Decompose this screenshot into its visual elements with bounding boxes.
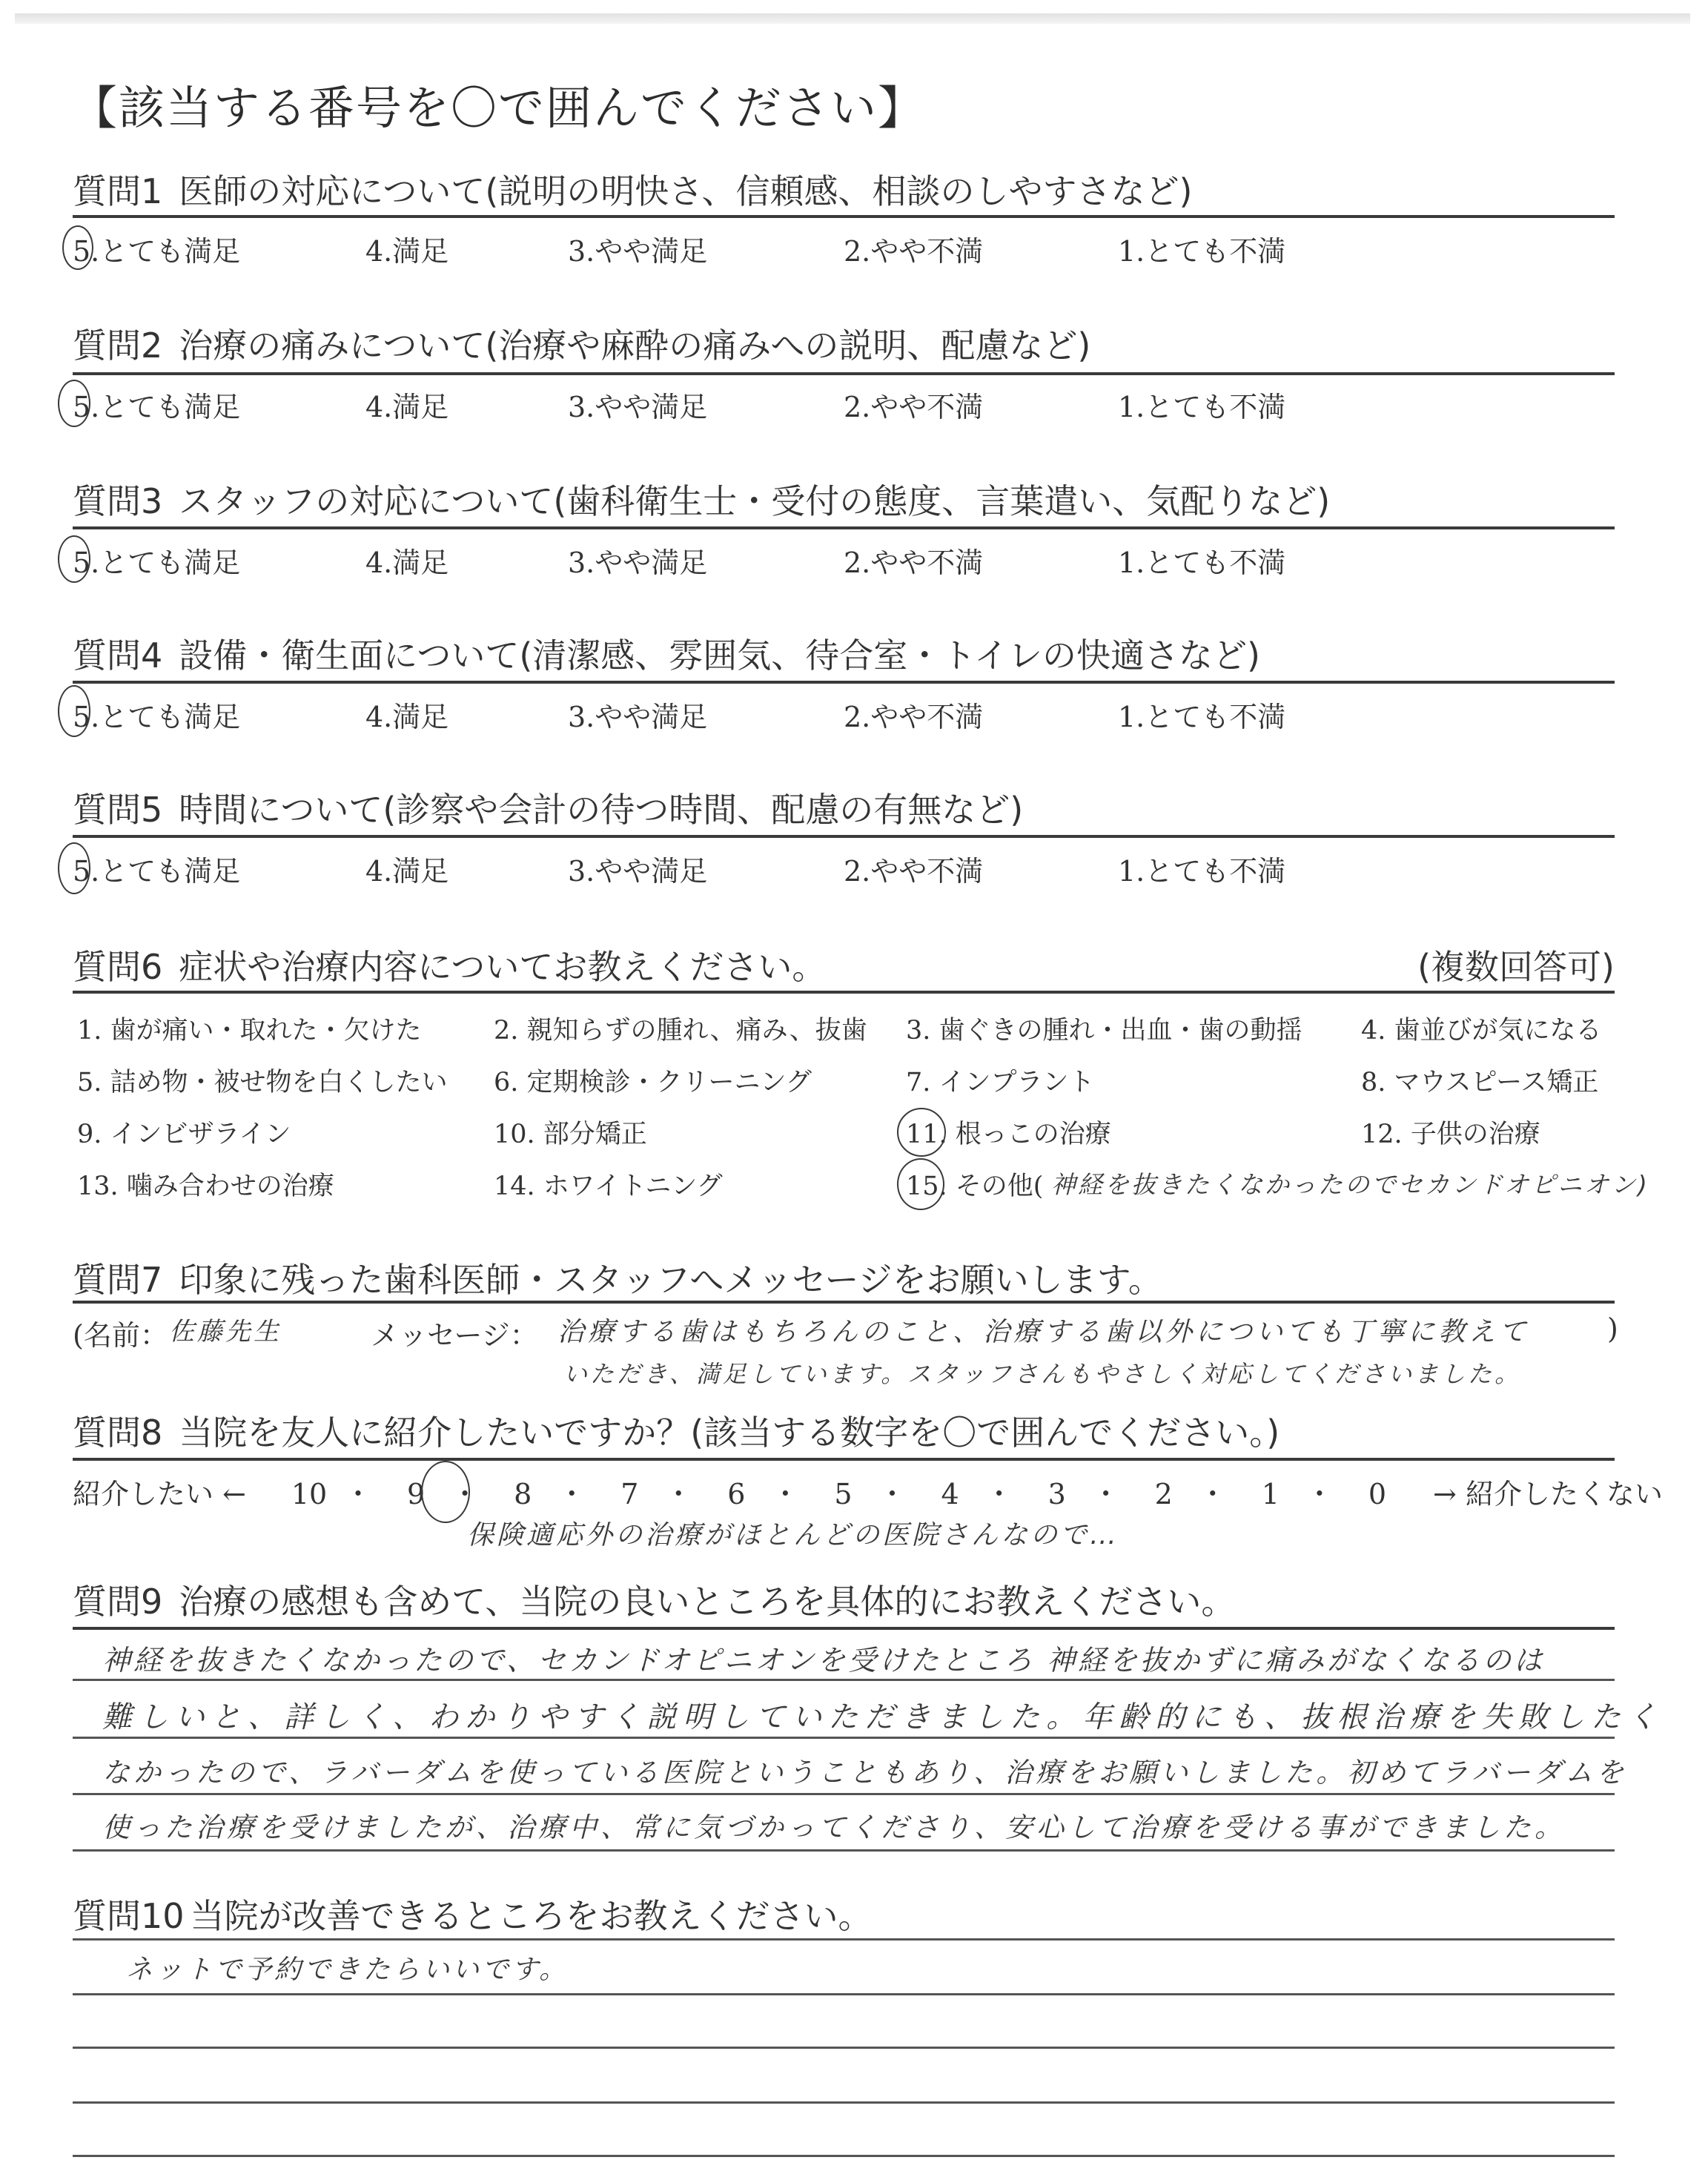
- question-number: 質問2: [73, 326, 162, 366]
- other-answer-text[interactable]: 神経を抜きたくなかったのでセカンドオピニオン): [1051, 1166, 1649, 1200]
- question-2-heading: 質問2治療の痛みについて(治療や麻酔の痛みへの説明、配慮など): [73, 319, 1090, 368]
- question-number: 質問8: [73, 1413, 162, 1453]
- option-3[interactable]: 3.やや満足: [568, 848, 707, 889]
- symptom-option-2[interactable]: 2. 親知らずの腫れ、痛み、抜歯: [494, 1010, 867, 1047]
- option-5[interactable]: 5.とても満足: [73, 694, 240, 735]
- divider: [73, 1301, 1615, 1304]
- writing-line: [73, 1849, 1615, 1852]
- page-title: 【該当する番号を〇で囲んでください】: [71, 71, 925, 137]
- scale-1[interactable]: 1: [1243, 1478, 1298, 1510]
- option-2[interactable]: 2.やや不満: [844, 848, 983, 889]
- symptom-option-15[interactable]: 15. その他(: [906, 1166, 1043, 1203]
- question-text: 当院が改善できるところをお教えください。: [191, 1896, 873, 1936]
- feedback-line-4[interactable]: 使った治療を受けましたが、治療中、常に気づかってくださり、安心して治療を受ける事…: [102, 1805, 1566, 1845]
- question-6-heading: 質問6症状や治療内容についてお教えください。: [73, 940, 826, 989]
- divider: [73, 1627, 1615, 1630]
- question-number: 質問9: [73, 1582, 162, 1622]
- option-3[interactable]: 3.やや満足: [568, 228, 707, 269]
- scale-9[interactable]: 9: [388, 1478, 443, 1510]
- feedback-line-2[interactable]: 難しいと、詳しく、わかりやすく説明していただきました。年齢的にも、抜根治療を失敗…: [102, 1694, 1664, 1736]
- option-2[interactable]: 2.やや不満: [844, 228, 983, 269]
- scale-7[interactable]: 7: [602, 1478, 657, 1510]
- question-text: 当院を友人に紹介したいですか？(該当する数字を〇で囲んでください。): [179, 1413, 1280, 1453]
- question-10-heading: 質問10当院が改善できるところをお教えください。: [73, 1889, 873, 1938]
- divider: [73, 372, 1615, 375]
- symptom-option-12[interactable]: 12. 子供の治療: [1361, 1114, 1540, 1151]
- message-line-2[interactable]: いただき、満足しています。スタッフさんもやさしく対応してくださいました。: [563, 1355, 1521, 1390]
- symptom-option-13[interactable]: 13. 噛み合わせの治療: [77, 1166, 334, 1203]
- writing-line: [73, 2155, 1615, 2157]
- option-2[interactable]: 2.やや不満: [844, 694, 983, 735]
- scale-6[interactable]: 6: [709, 1478, 764, 1510]
- recommend-scale: 紹介したい ← 10・ 9・ 8・ 7・ 6・ 5・ 4・ 3・ 2・ 1・ 0…: [73, 1471, 1663, 1512]
- symptom-option-8[interactable]: 8. マウスピース矯正: [1361, 1062, 1598, 1099]
- question-text: 医師の対応について(説明の明快さ、信頼感、相談のしやすさなど): [179, 171, 1192, 211]
- question-text: 治療の感想も含めて、当院の良いところを具体的にお教えください。: [179, 1582, 1235, 1622]
- option-4[interactable]: 4.満足: [365, 694, 448, 735]
- close-paren: ): [1607, 1312, 1618, 1345]
- question-8-heading: 質問8当院を友人に紹介したいですか？(該当する数字を〇で囲んでください。): [73, 1406, 1280, 1455]
- question-number: 質問5: [73, 790, 162, 830]
- improvement-line-1[interactable]: ネットで予約できたらいいです。: [126, 1949, 569, 1986]
- writing-line: [73, 1993, 1615, 1995]
- question-number: 質問7: [73, 1260, 162, 1300]
- scale-2[interactable]: 2: [1136, 1478, 1191, 1510]
- scale-8[interactable]: 8: [495, 1478, 550, 1510]
- option-1[interactable]: 1.とても不満: [1118, 694, 1285, 735]
- option-5[interactable]: 5.とても満足: [73, 848, 240, 889]
- feedback-line-1[interactable]: 神経を抜きたくなかったので、セカンドオピニオンを受けたところ 神経を抜かずに痛み…: [102, 1637, 1545, 1678]
- scale-left-label: 紹介したい ←: [73, 1471, 246, 1512]
- option-5[interactable]: 5.とても満足: [73, 540, 240, 581]
- question-7-heading: 質問7印象に残った歯科医師・スタッフへメッセージをお願いします。: [73, 1253, 1162, 1302]
- message-label: メッセージ：: [371, 1312, 538, 1353]
- question-5-heading: 質問5時間について(診察や会計の待つ時間、配慮の有無など): [73, 783, 1023, 832]
- option-1[interactable]: 1.とても不満: [1118, 540, 1285, 581]
- feedback-line-3[interactable]: なかったので、ラバーダムを使っている医院ということもあり、治療をお願いしました。…: [102, 1750, 1627, 1790]
- option-2[interactable]: 2.やや不満: [844, 540, 983, 581]
- symptom-option-5[interactable]: 5. 詰め物・被せ物を白くしたい: [77, 1062, 448, 1099]
- writing-line: [73, 1737, 1615, 1739]
- option-5[interactable]: 5.とても満足: [73, 228, 240, 269]
- option-4[interactable]: 4.満足: [365, 228, 448, 269]
- question-number: 質問4: [73, 635, 162, 676]
- question-text: 治療の痛みについて(治療や麻酔の痛みへの説明、配慮など): [179, 326, 1090, 366]
- question-4-heading: 質問4設備・衛生面について(清潔感、雰囲気、待合室・トイレの快適さなど): [73, 629, 1260, 678]
- option-3[interactable]: 3.やや満足: [568, 384, 707, 425]
- option-3[interactable]: 3.やや満足: [568, 694, 707, 735]
- option-3[interactable]: 3.やや満足: [568, 540, 707, 581]
- question-text: 印象に残った歯科医師・スタッフへメッセージをお願いします。: [179, 1260, 1162, 1300]
- symptom-option-14[interactable]: 14. ホワイトニング: [494, 1166, 723, 1203]
- scale-0[interactable]: 0: [1350, 1478, 1405, 1510]
- question-text: 時間について(診察や会計の待つ時間、配慮の有無など): [179, 790, 1023, 830]
- divider: [73, 991, 1615, 994]
- question-number: 質問10: [73, 1896, 185, 1936]
- symptom-option-6[interactable]: 6. 定期検診・クリーニング: [494, 1062, 812, 1099]
- scan-edge: [15, 13, 1690, 24]
- question-3-heading: 質問3スタッフの対応について(歯科衛生士・受付の態度、言葉遣い、気配りなど): [73, 475, 1330, 524]
- scale-3[interactable]: 3: [1030, 1478, 1085, 1510]
- divider: [73, 526, 1615, 529]
- option-1[interactable]: 1.とても不満: [1118, 384, 1285, 425]
- question-1-heading: 質問1医師の対応について(説明の明快さ、信頼感、相談のしやすさなど): [73, 165, 1192, 214]
- symptom-option-3[interactable]: 3. 歯ぐきの腫れ・出血・歯の動揺: [906, 1010, 1302, 1047]
- message-line-1[interactable]: 治療する歯はもちろんのこと、治療する歯以外についても丁寧に教えて: [557, 1311, 1529, 1349]
- scale-5[interactable]: 5: [815, 1478, 870, 1510]
- symptom-option-1[interactable]: 1. 歯が痛い・取れた・欠けた: [77, 1010, 422, 1047]
- question-text: スタッフの対応について(歯科衛生士・受付の態度、言葉遣い、気配りなど): [179, 481, 1330, 521]
- symptom-option-9[interactable]: 9. インビザライン: [77, 1114, 291, 1151]
- divider: [73, 681, 1615, 684]
- option-1[interactable]: 1.とても不満: [1118, 228, 1285, 269]
- symptom-option-11[interactable]: 11. 根っこの治療: [906, 1114, 1111, 1151]
- writing-line: [73, 1793, 1615, 1795]
- option-4[interactable]: 4.満足: [365, 384, 448, 425]
- option-1[interactable]: 1.とても不満: [1118, 848, 1285, 889]
- question-text: 症状や治療内容についてお教えください。: [179, 947, 826, 987]
- scale-right-label: → 紹介したくない: [1433, 1471, 1663, 1512]
- option-4[interactable]: 4.満足: [365, 540, 448, 581]
- writing-line: [73, 1679, 1615, 1681]
- question-9-heading: 質問9治療の感想も含めて、当院の良いところを具体的にお教えください。: [73, 1575, 1235, 1624]
- option-5[interactable]: 5.とても満足: [73, 384, 240, 425]
- symptom-option-7[interactable]: 7. インプラント: [906, 1062, 1095, 1099]
- name-label: (名前：: [73, 1312, 168, 1353]
- divider: [73, 1458, 1615, 1461]
- option-2[interactable]: 2.やや不満: [844, 384, 983, 425]
- symptom-option-4[interactable]: 4. 歯並びが気になる: [1361, 1010, 1602, 1047]
- divider: [73, 1938, 1615, 1941]
- question-number: 質問3: [73, 481, 162, 521]
- writing-line: [73, 2047, 1615, 2049]
- recommend-comment[interactable]: 保険適応外の治療がほとんどの医院さんなので…: [467, 1514, 1119, 1552]
- writing-line: [73, 2101, 1615, 2104]
- scale-4[interactable]: 4: [923, 1478, 978, 1510]
- divider: [73, 835, 1615, 838]
- multiple-answers-note: (複数回答可): [1417, 940, 1615, 989]
- question-number: 質問6: [73, 947, 162, 987]
- scale-10[interactable]: 10: [282, 1478, 337, 1510]
- divider: [73, 215, 1615, 218]
- option-4[interactable]: 4.満足: [365, 848, 448, 889]
- question-text: 設備・衛生面について(清潔感、雰囲気、待合室・トイレの快適さなど): [179, 635, 1260, 676]
- symptom-option-10[interactable]: 10. 部分矯正: [494, 1114, 647, 1151]
- staff-name-field[interactable]: 佐藤先生: [169, 1311, 282, 1347]
- question-number: 質問1: [73, 171, 162, 211]
